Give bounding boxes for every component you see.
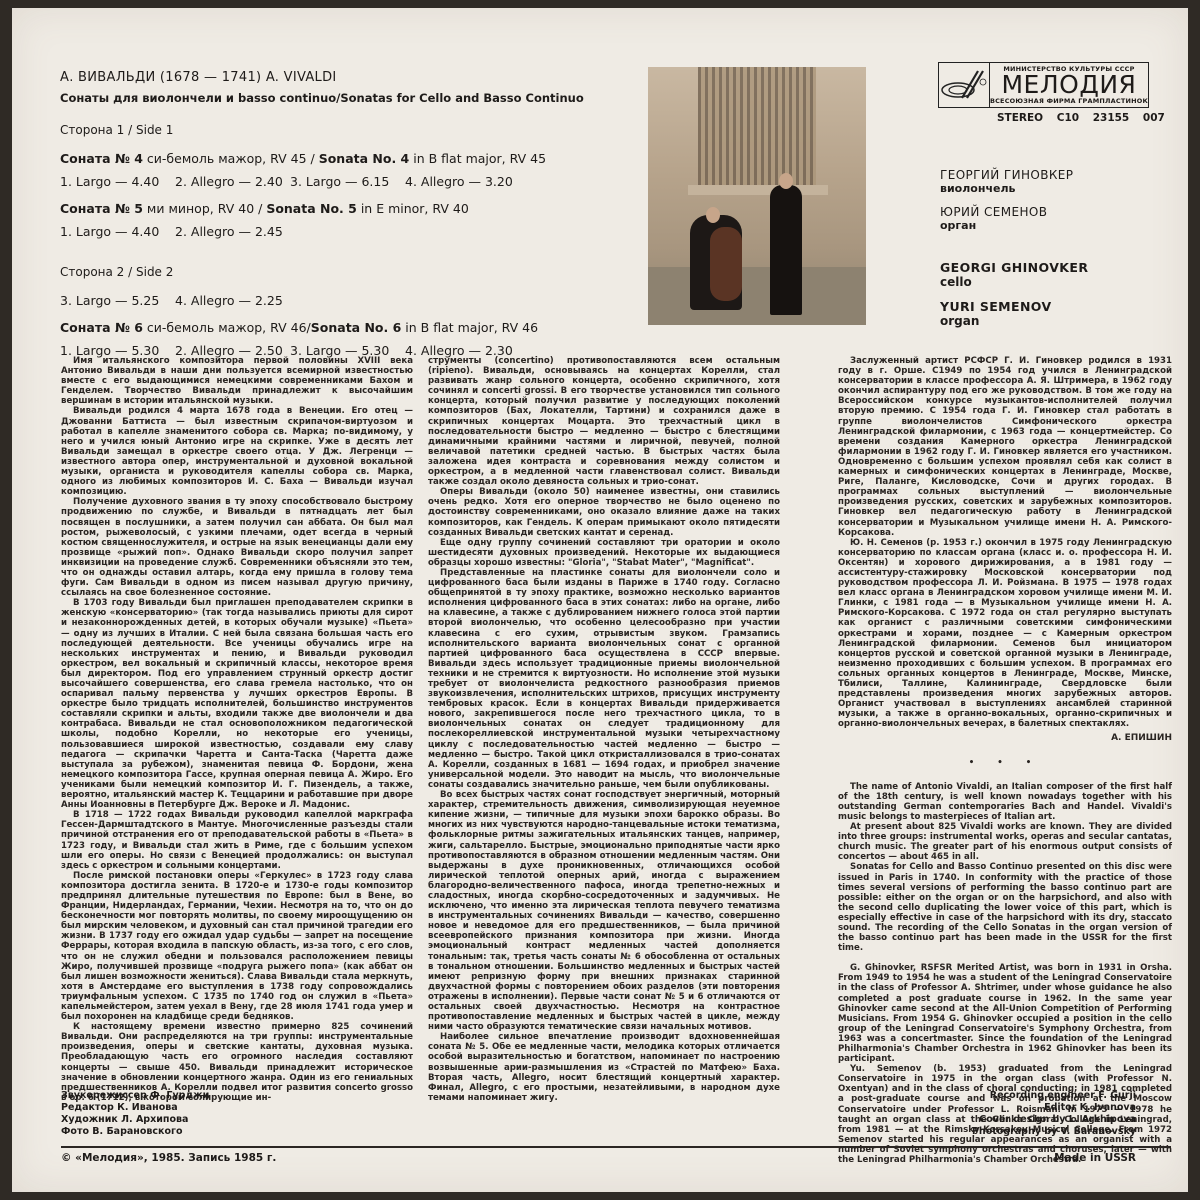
movement: 1. Largo — 4.40 [60,224,175,239]
sonata-key-en: in E minor, RV 40 [357,201,469,216]
paragraph: The name of Antonio Vivaldi, an Italian … [838,782,1172,822]
sonata-key-ru: ми минор, RV 40 / [143,201,266,216]
sonata-5-continuation: 3. Largo — 5.25 4. Allegro — 2.25 [60,293,620,308]
credit-line: Редактор К. Иванова [61,1102,209,1114]
paragraph: Во всех быстрых частях сонат господствуе… [428,790,780,1032]
performer-role-en: organ [940,314,1088,328]
credit-line: Photography by V. Baranovsky [972,1126,1136,1138]
credit-line: Фото В. Барановского [61,1126,209,1138]
side-1-label: Сторона 1 / Side 1 [60,123,620,137]
performer-name: ГЕОРГИЙ ГИНОВКЕР [940,168,1088,182]
movement: 1. Largo — 4.40 [60,174,175,189]
paragraph: Наиболее сильное впечатление производит … [428,1032,780,1103]
paragraph: В 1703 году Вивальди был приглашен препо… [61,598,413,810]
copyright-notice: © «Мелодия», 1985. Запись 1985 г. [61,1152,276,1164]
sonata-5-movements: 1. Largo — 4.40 2. Allegro — 2.45 [60,224,620,239]
sonata-title-en: Sonata No. 5 [266,201,357,216]
catalog-number: STEREO C10 23155 007 [997,112,1165,124]
sonata-title-ru: Соната № 6 [60,320,143,335]
paragraph: Представленные на пластинке сонаты для в… [428,568,780,790]
credit-line: Editor K. Ivanova [972,1102,1136,1114]
paragraph: Получение духовного звания в ту эпоху сп… [61,497,413,598]
performer-name-en: GEORGI GHINOVKER [940,260,1088,275]
melodiya-emblem-icon [939,63,990,107]
movement: 4. Allegro — 3.20 [405,174,520,189]
paragraph: После римской постановки оперы «Геркулес… [61,871,413,1022]
performers-list: ГЕОРГИЙ ГИНОВКЕР виолончель ЮРИЙ СЕМЕНОВ… [940,168,1088,338]
liner-notes-ru-column-1: Имя итальянского композитора первой поло… [61,356,413,1103]
sonata-5-title: Соната № 5 ми минор, RV 40 / Sonata No. … [60,201,620,216]
performer-name: ЮРИЙ СЕМЕНОВ [940,205,1088,219]
paragraph: В 1718 — 1722 годах Вивальди руководил к… [61,810,413,871]
liner-notes-column-3: Заслуженный артист РСФСР Г. И. Гиновкер … [838,356,1172,1165]
paragraph: Sonatas for Cello and Basso Continuo pre… [838,862,1172,953]
cello-figure [710,227,742,301]
sonata-title-ru: Соната № 5 [60,201,143,216]
sonata-title-ru: Соната № 4 [60,151,143,166]
sonata-4-title: Соната № 4 си-бемоль мажор, RV 45 / Sona… [60,151,620,166]
sonata-key-en: in B flat major, RV 45 [409,151,546,166]
sonata-6-title: Соната № 6 си-бемоль мажор, RV 46/Sonata… [60,320,620,335]
author-signature: А. ЕПИШИН [838,733,1172,743]
performer-name-en: YURI SEMENOV [940,299,1088,314]
organ-pipes [698,67,816,187]
credits-en: Recording engineer F. Gurji Editor K. Iv… [972,1090,1136,1138]
work-title: Сонаты для виолончели и basso continuo/S… [60,91,620,105]
organist-figure [770,185,802,315]
made-in-label: Made in USSR [1054,1152,1136,1164]
sonata-key-en: in B flat major, RV 46 [401,320,538,335]
paragraph: Ю. Н. Семенов (р. 1953 г.) окончил в 197… [838,538,1172,730]
sonata-4-movements: 1. Largo — 4.40 2. Allegro — 2.40 3. Lar… [60,174,620,189]
section-separator: • • • [838,758,1172,768]
performers-photo [648,67,866,325]
sonata-key-ru: си-бемоль мажор, RV 45 / [143,151,319,166]
movement: 2. Allegro — 2.45 [175,224,290,239]
performer-role: виолончель [940,182,1088,195]
melodiya-wordmark: МЕЛОДИЯ [1001,73,1136,97]
performer-role-en: cello [940,275,1088,289]
firm-label: ВСЕСОЮЗНАЯ ФИРМА ГРАМПЛАСТИНОК [990,97,1148,105]
paragraph: струменты (concertino) противопоставляют… [428,356,780,487]
credits-ru: Звукорежиссер Ф. Гурджи Редактор К. Иван… [61,1090,209,1138]
composer-heading: А. ВИВАЛЬДИ (1678 — 1741) A. VIVALDI [60,70,620,85]
credit-line: Звукорежиссер Ф. Гурджи [61,1090,209,1102]
paragraph: G. Ghinovker, RSFSR Merited Artist, was … [838,963,1172,1064]
sonata-title-en: Sonata No. 6 [311,320,402,335]
paragraph: At present about 825 Vivaldi works are k… [838,822,1172,862]
movement: 2. Allegro — 2.40 [175,174,290,189]
performer-role: орган [940,219,1088,232]
paragraph: Еще одну группу сочинений составляют три… [428,538,780,568]
footer-divider [61,1146,1171,1148]
paragraph: Заслуженный артист РСФСР Г. И. Гиновкер … [838,356,1172,538]
credit-line: Художник Л. Архипова [61,1114,209,1126]
sonata-title-en: Sonata No. 4 [319,151,410,166]
side-2-label: Сторона 2 / Side 2 [60,265,620,279]
liner-notes-ru-column-2: струменты (concertino) противопоставляют… [428,356,780,1103]
melodiya-logo: МИНИСТЕРСТВО КУЛЬТУРЫ СССР МЕЛОДИЯ ВСЕСО… [938,62,1149,108]
record-sleeve-back: А. ВИВАЛЬДИ (1678 — 1741) A. VIVALDI Сон… [12,8,1188,1192]
paragraph: Вивальди родился 4 марта 1678 года в Вен… [61,406,413,497]
credit-line: Recording engineer F. Gurji [972,1090,1136,1102]
sonata-key-ru: си-бемоль мажор, RV 46/ [143,320,311,335]
movement: 4. Allegro — 2.25 [175,293,290,308]
paragraph: Имя итальянского композитора первой поло… [61,356,413,406]
movement: 3. Largo — 6.15 [290,174,405,189]
credit-line: Cover design by L. Arkhipova [972,1114,1136,1126]
movement: 3. Largo — 5.25 [60,293,175,308]
tracklist: А. ВИВАЛЬДИ (1678 — 1741) A. VIVALDI Сон… [60,70,620,370]
paragraph: Оперы Вивальди (около 50) наименее извес… [428,487,780,537]
